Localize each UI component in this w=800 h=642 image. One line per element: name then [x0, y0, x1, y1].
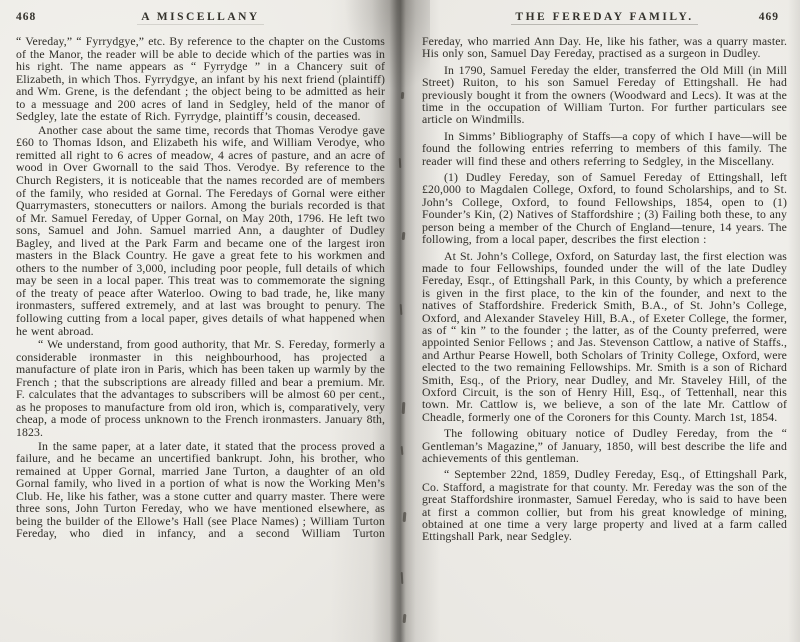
paragraph: In 1790, Samuel Fereday the elder, trans… — [422, 64, 787, 126]
right-page-number: 469 — [759, 11, 779, 23]
paragraph: Another case about the same time, record… — [16, 124, 385, 337]
paragraph: “ Vereday,” “ Fyrrydgye,” etc. By refere… — [16, 35, 385, 123]
right-running-header: THE FEREDAY FAMILY. 469 — [422, 11, 787, 28]
paragraph: “ We understand, from good authority, th… — [16, 338, 385, 438]
paragraph: Fereday, who married Ann Day. He, like h… — [422, 35, 787, 60]
left-running-header: 468 A MISCELLANY — [16, 11, 385, 28]
right-text-column: Fereday, who married Ann Day. He, like h… — [422, 35, 787, 543]
paragraph: The following obituary notice of Dudley … — [422, 427, 787, 464]
book-scan: 468 A MISCELLANY “ Vereday,” “ Fyrrydgye… — [0, 0, 800, 642]
right-running-head: THE FEREDAY FAMILY. — [422, 11, 787, 25]
right-page: THE FEREDAY FAMILY. 469 Fereday, who mar… — [400, 0, 800, 642]
left-text-column: “ Vereday,” “ Fyrrydgye,” etc. By refere… — [16, 35, 385, 540]
left-running-head: A MISCELLANY — [16, 11, 385, 25]
paragraph: In Simms’ Bibliography of Staffs—a copy … — [422, 130, 787, 167]
paragraph: In the same paper, at a later date, it s… — [16, 440, 385, 540]
left-page: 468 A MISCELLANY “ Vereday,” “ Fyrrydgye… — [0, 0, 400, 642]
left-page-number: 468 — [16, 11, 36, 23]
paragraph: At St. John’s College, Oxford, on Saturd… — [422, 250, 787, 424]
paragraph: (1) Dudley Fereday, son of Samuel Fereda… — [422, 171, 787, 245]
paragraph: “ September 22nd, 1859, Dudley Fereday, … — [422, 468, 787, 542]
